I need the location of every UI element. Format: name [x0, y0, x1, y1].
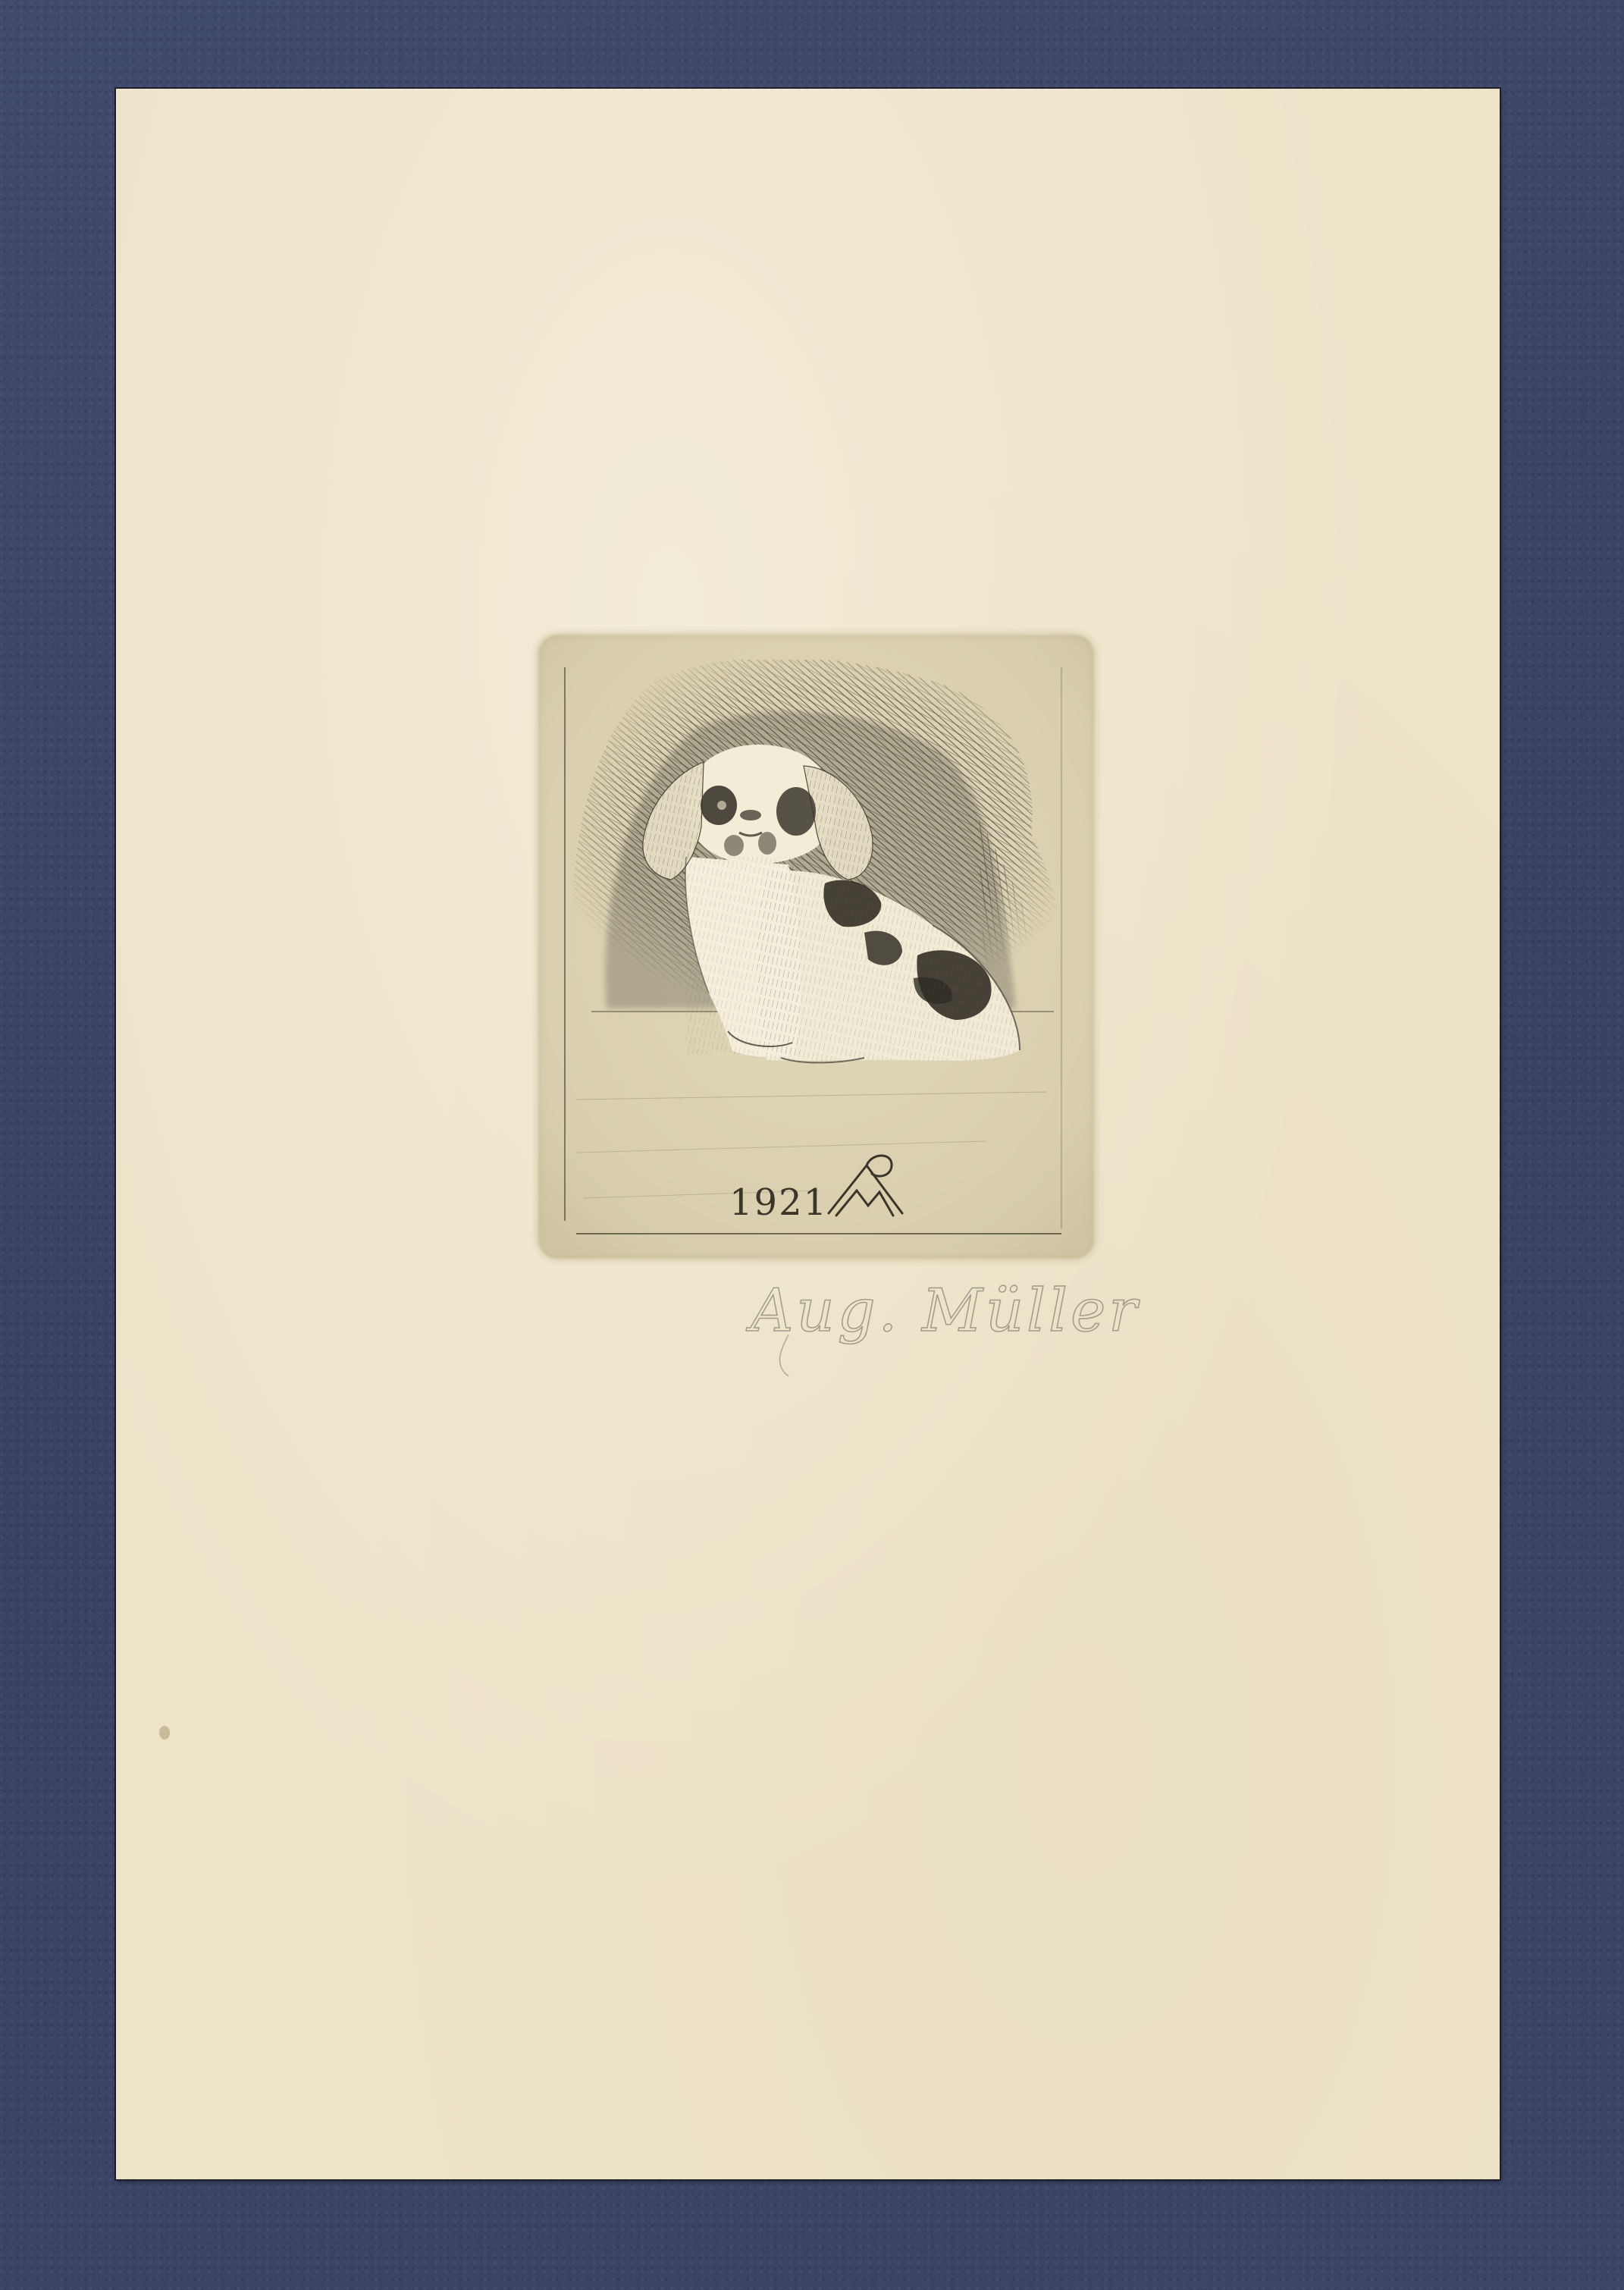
dog-nose — [740, 810, 761, 820]
artist-signature: Aug. Müller — [746, 1277, 1140, 1345]
etching-artwork: 1921 Aug. Müller — [0, 0, 1624, 2290]
plate-year: 1921 — [729, 1181, 828, 1224]
right-eye-patch — [776, 787, 816, 836]
mat-background: 1921 Aug. Müller — [0, 0, 1624, 2290]
foxing-spot — [159, 1726, 170, 1739]
